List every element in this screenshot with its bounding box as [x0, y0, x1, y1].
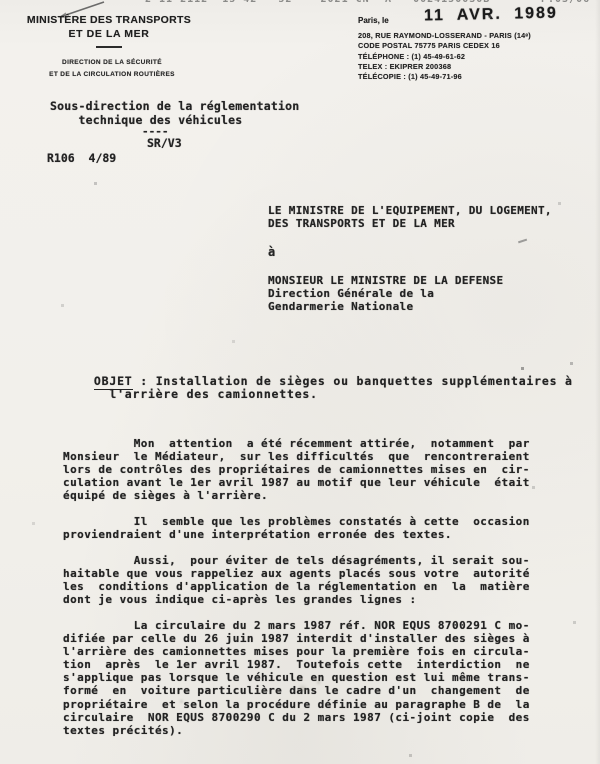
fax-header-code-fragment: A 0024150030B	[385, 0, 490, 5]
body-paragraph-4: La circulaire du 2 mars 1987 réf. NOR EQ…	[63, 619, 530, 737]
subject-line: OBJET : Installation de sièges ou banque…	[63, 361, 573, 415]
body-paragraph-3: Aussi, pour éviter de tels désagréments,…	[63, 554, 530, 606]
address-street: 208, RUE RAYMOND-LOSSERAND - PARIS (14ᵉ)	[358, 31, 531, 41]
letterhead-divider	[96, 46, 122, 48]
reference-number: R106 4/89	[47, 151, 116, 165]
direction-letterhead: DIRECTION DE LA SÉCURITÉ ET DE LA CIRCUL…	[14, 57, 210, 81]
received-date-stamp: 11 AVR. 1989	[424, 5, 558, 26]
dateline-place-label: Paris, le	[358, 16, 389, 25]
address-telecopie: TÉLÉCOPIE : (1) 45-49-71-96	[358, 72, 531, 82]
stray-ink-mark	[518, 239, 527, 243]
body-paragraph-1: Mon attention a été récemment attirée, n…	[63, 437, 530, 502]
subject-text: : Installation de sièges ou banquettes s…	[63, 374, 573, 402]
addressing-preposition: à	[268, 245, 275, 259]
address-block: 208, RUE RAYMOND-LOSSERAND - PARIS (14ᵉ)…	[358, 31, 531, 82]
scanned-letter-page: 2 11 2112 15 42 52 2021 CN A 0024150030B…	[0, 0, 600, 764]
body-paragraph-2: Il semble que les problèmes constatés à …	[63, 515, 530, 541]
recipient-block: MONSIEUR LE MINISTRE DE LA DEFENSE Direc…	[268, 274, 503, 313]
service-code: SR/V3	[147, 136, 182, 150]
fax-header-left-fragment: 2 11 2112 15 42 52 2021 CN	[145, 0, 370, 5]
scan-edge-shadow	[595, 0, 600, 764]
subdirection-title: Sous-direction de la réglementation tech…	[50, 100, 299, 127]
sender-title-block: LE MINISTRE DE L'EQUIPEMENT, DU LOGEMENT…	[268, 204, 552, 230]
address-telephone: TÉLÉPHONE : (1) 45-49-61-62	[358, 52, 531, 62]
address-postal-code: CODE POSTAL 75775 PARIS CEDEX 16	[358, 41, 531, 51]
direction-line2: ET DE LA CIRCULATION ROUTIÈRES	[14, 69, 210, 81]
scan-noise-speckles	[0, 0, 1, 1]
direction-line1: DIRECTION DE LA SÉCURITÉ	[14, 57, 210, 69]
address-telex: TELEX : EKIPRER 200368	[358, 62, 531, 72]
ministry-name-line1: MINISTÈRE DES TRANSPORTS	[18, 14, 200, 26]
ministry-name-line2: ET DE LA MER	[18, 28, 200, 40]
ministry-letterhead: MINISTÈRE DES TRANSPORTS ET DE LA MER	[18, 14, 200, 48]
